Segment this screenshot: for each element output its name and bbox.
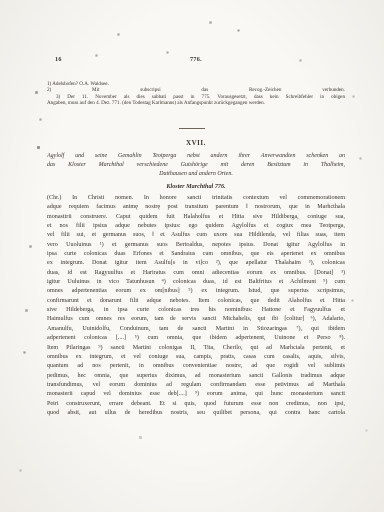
charter-body-line: Haimulfus cum omnes res eorum, tam de se… [47, 315, 345, 324]
charter-body-line: monastirii construere. Caput quidem fuit… [47, 213, 345, 222]
running-doc-number: 776. [47, 56, 345, 63]
regest-line: Datthausen und andern Orten. [47, 170, 345, 179]
charter-body: (Chr.) In Christi nomen. In honore sanct… [47, 194, 345, 418]
running-header: 16 776. [47, 56, 345, 64]
scan-noise-specks [0, 0, 1, 1]
scanned-book-page: 16 776. 1) Adelshofen? O.A. Waldsee. 2) … [0, 0, 384, 512]
charter-body-line: vel filii sui, et germanus suos, ‖ et As… [47, 231, 345, 240]
charter-body-line: ex integrum. Donat igitur item Asulfu[s … [47, 259, 345, 268]
charter-body-line: adpertenent colonicas [....] ⁵) cum omni… [47, 334, 345, 343]
regest-line: das Kloster Marchthal verschiedene Gutsh… [47, 161, 345, 170]
charter-body-line: monasterii capud vel dominius esse deb[.… [47, 390, 345, 399]
charter-body-line: duas, id est Ragyuulfus et Hariratus cum… [47, 269, 345, 278]
charter-body-line: adque requiem facimus animę nostrę post … [47, 203, 345, 212]
charter-number: XVII. [47, 140, 345, 147]
regest-line: Agylolf und seine Gemahlin Teotperga neb… [47, 152, 345, 161]
section-divider-rule [179, 128, 205, 129]
charter-dateline: Kloster Marchthal 776. [47, 183, 345, 190]
charter-regest: Agylolf und seine Gemahlin Teotperga neb… [47, 152, 345, 179]
charter-body-line: vero Uuoluinus ¹) et germanus suos Berto… [47, 241, 345, 250]
charter-body-line: quantum ad nos pertenit, in omnibus conv… [47, 362, 345, 371]
charter-body-line: omnibus ex integrum, et vel coniuge sua,… [47, 353, 345, 362]
top-footnote-line: 3) Der 11. November als dies sabbati pas… [47, 94, 345, 100]
charter-body-line: Petri construxerunt, errare debeant. Et … [47, 400, 345, 409]
charter-body-line: quod absit, aut ullus de heredibus nostr… [47, 409, 345, 418]
charter-body-line: omnes adpertenentias eorum ex om[nibus] … [47, 287, 345, 296]
charter-body-line: Item Pilaringas ⁹) sancti Martini coloni… [47, 344, 345, 353]
charter-body-line: et nos filii ipsius adque nebutes ipsius… [47, 222, 345, 231]
top-footnote-line: Angaben, muss auf den 4. Dez. 771. (den … [47, 100, 345, 106]
charter-body-line: Amanulfu, Uuinidolfu, Conduinum, tam de … [47, 325, 345, 334]
top-footnote-line: 2) Mit subscripsi das Recog.-Zeichen ver… [47, 87, 345, 93]
charter-body-line: (Chr.) In Christi nomen. In honore sanct… [47, 194, 345, 203]
charter-body-line: sive Hildeberga, in ipsa curte colonicas… [47, 306, 345, 315]
charter-body-line: transfundimus, vel eorum dominius ad reg… [47, 381, 345, 390]
charter-body-line: ipsa curte colonicas duas Erfones et San… [47, 250, 345, 259]
charter-body-line: pedimus, hec omnia, que superius diximus… [47, 372, 345, 381]
charter-body-line: confirmarunt et donarunt filii adque neb… [47, 297, 345, 306]
top-footnotes: 1) Adelshofen? O.A. Waldsee. 2) Mit subs… [47, 81, 345, 106]
charter-body-line: igitur Uuluinus in vico Tatunhusun ⁴) co… [47, 278, 345, 287]
